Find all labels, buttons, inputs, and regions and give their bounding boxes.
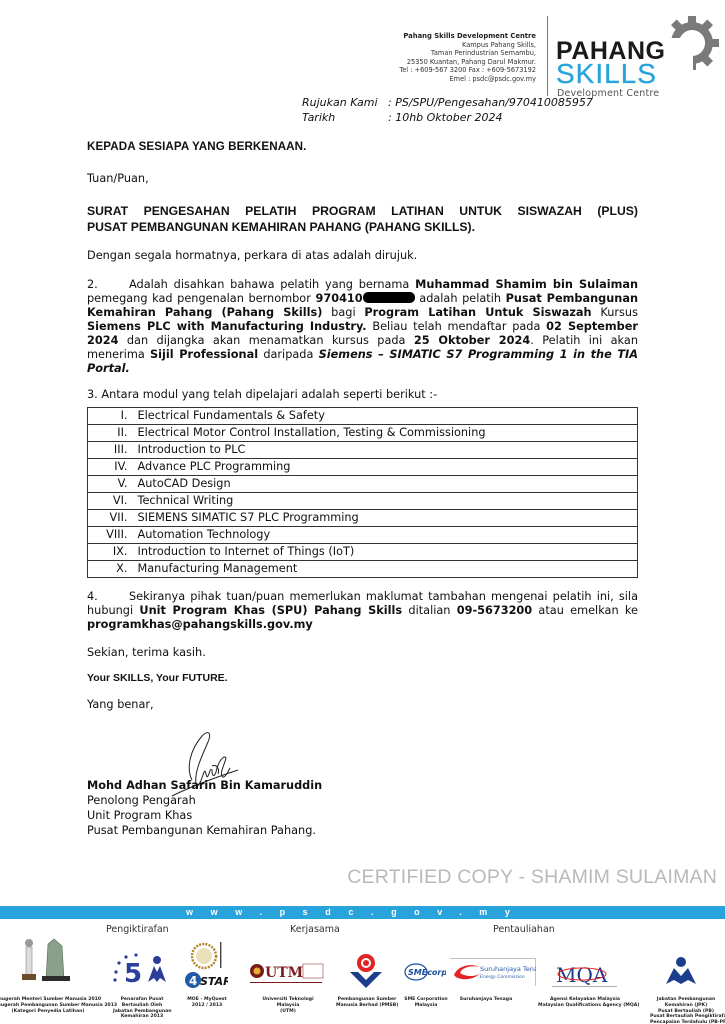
letter-body: KEPADA SESIAPA YANG BERKENAAN. Tuan/Puan… [87,140,638,712]
contact-email[interactable]: programkhas@pahangskills.gov.my [87,618,313,631]
course-name: Siemens PLC with Manufacturing Industry. [87,320,367,333]
address-line: 25350 Kuantan, Pahang Darul Makmur. [399,58,536,67]
ic-number: 970410 [315,292,362,305]
reference-value: : PS/SPU/Pengesahan/970410085957 [388,95,593,110]
mqa-logo-icon: MQA [552,960,618,988]
module-row: VII.SIEMENS SIMATIC S7 PLC Programming [88,510,638,527]
module-name: Electrical Fundamentals & Safety [132,408,638,425]
logo-word-skills: SKILLS [556,60,657,88]
module-name: Manufacturing Management [132,561,638,578]
email-line: Emel : psdc@psdc.gov.my [399,75,536,84]
caption-trophy: Anugerah Menteri Sumber Manusia 2010Anug… [0,997,102,1014]
org-address-block: Pahang Skills Development Centre Kampus … [399,32,536,84]
module-row: X.Manufacturing Management [88,561,638,578]
module-row: II.Electrical Motor Control Installation… [88,425,638,442]
trophy-icon [18,938,72,983]
header-divider [547,16,548,96]
module-name: Automation Technology [132,527,638,544]
trainee-name: Muhammad Shamim bin Sulaiman [415,278,638,291]
reference-block: Rujukan Kami : PS/SPU/Pengesahan/9704100… [302,95,593,125]
module-name: AutoCAD Design [132,476,638,493]
address-line: Kampus Pahang Skills, [399,41,536,50]
signer-name: Mohd Adhan Safarin Bin Kamaruddin [87,778,322,793]
paragraph-2: 2.Adalah disahkan bahawa pelatih yang be… [87,278,638,376]
module-number: III. [88,442,132,459]
signer-unit: Unit Program Khas [87,808,322,823]
addressee: KEPADA SESIAPA YANG BERKENAAN. [87,140,638,154]
end-date: 25 Oktober 2024 [414,334,530,347]
svg-text:SMEcorp: SMEcorp [408,968,446,977]
module-name: Advance PLC Programming [132,459,638,476]
address-line: Taman Perindustrian Semambu, [399,49,536,58]
signer-org: Pusat Pembangunan Kemahiran Pahang. [87,823,322,838]
module-number: IX. [88,544,132,561]
contact-phone: 09-5673200 [457,604,532,617]
module-number: V. [88,476,132,493]
pahang-skills-logo: PAHANG SKILLS Development Centre [553,14,723,96]
caption-st: Suruhanjaya Tenaga [458,997,514,1003]
pembangunan-sumber-manusia-logo-icon [348,952,384,990]
suruhanjaya-tenaga-logo-icon: Suruhanjaya Tenaga Energy Commission [450,957,536,987]
letter-title: SURAT PENGESAHAN PELATIH PROGRAM LATIHAN… [87,203,638,235]
org-name: Pahang Skills Development Centre [399,32,536,41]
opening-paragraph: Dengan segala hormatnya, perkara di atas… [87,249,638,263]
caption-5m: Penarafan PusatBertauliah OlehJabatan Pe… [113,997,171,1020]
module-name: Introduction to PLC [132,442,638,459]
svg-text:5: 5 [124,959,142,986]
module-row: IX.Introduction to Internet of Things (I… [88,544,638,561]
valediction: Yang benar, [87,698,638,712]
smecorp-logo-icon: SMEcorp [404,962,446,982]
svg-text:UTM: UTM [265,965,303,981]
caption-mqa: Agensi Kelayakan MalaysiaMalaysian Quali… [538,997,632,1009]
paragraph-3: 3. Antara modul yang telah dipelajari ad… [87,388,638,402]
motto: Your SKILLS, Your FUTURE. [87,671,638,685]
module-name: Electrical Motor Control Installation, T… [132,425,638,442]
caption-myquest: MOE - MyQuest2012 / 2013 [184,997,230,1009]
unit-name: Unit Program Khas (SPU) Pahang Skills [139,604,402,617]
module-number: IV. [88,459,132,476]
category-accreditation: Pentauliahan [493,924,555,935]
module-number: VIII. [88,527,132,544]
utm-logo-icon: UTM [248,962,324,984]
module-row: VI.Technical Writing [88,493,638,510]
redaction-mark [363,292,415,303]
module-row: III.Introduction to PLC [88,442,638,459]
module-number: X. [88,561,132,578]
module-row: IV.Advance PLC Programming [88,459,638,476]
svg-text:4: 4 [189,974,197,988]
reference-label: Rujukan Kami [302,95,388,110]
signer-block: Mohd Adhan Safarin Bin Kamaruddin Penolo… [87,778,322,838]
certificate: Sijil Professional [150,348,258,361]
footer-url-band: www.psdc.gov.my [0,906,725,919]
module-name: SIEMENS SIMATIC S7 PLC Programming [132,510,638,527]
paragraph-4: 4.Sekiranya pihak tuan/puan memerlukan m… [87,590,638,632]
caption-utm: Universiti TeknologiMalaysia(UTM) [258,997,318,1014]
svg-text:Suruhanjaya Tenaga: Suruhanjaya Tenaga [480,965,536,973]
svg-text:Energy Commission: Energy Commission [480,974,525,980]
svg-text:MQA: MQA [556,963,608,987]
date-value: : 10hb Oktober 2024 [388,110,503,125]
caption-pmsb: Pembangunan SumberManusia Berhad (PMSB) [336,997,398,1009]
jpk-logo-icon [664,956,698,986]
website-link[interactable]: www.psdc.gov.my [186,906,528,919]
mqa-4star-icon: 4 STAR [184,940,228,992]
title-line-2: PUSAT PEMBANGUNAN KEMAHIRAN PAHANG (PAHA… [87,220,475,234]
module-row: VIII.Automation Technology [88,527,638,544]
gear-icon [665,16,719,70]
date-label: Tarikh [302,110,388,125]
module-row: V.AutoCAD Design [88,476,638,493]
salutation: Tuan/Puan, [87,172,638,186]
category-recognition: Pengiktirafan [106,924,169,935]
module-number: VI. [88,493,132,510]
5m-logo-icon: 5 [110,952,170,986]
closing: Sekian, terima kasih. [87,646,638,660]
signer-position: Penolong Pengarah [87,793,322,808]
caption-sme: SME CorporationMalaysia [404,997,448,1009]
category-collaboration: Kerjasama [290,924,340,935]
module-number: II. [88,425,132,442]
module-name: Introduction to Internet of Things (IoT) [132,544,638,561]
module-number: VII. [88,510,132,527]
module-row: I.Electrical Fundamentals & Safety [88,408,638,425]
phone-fax-line: Tel : +609-567 3200 Fax : +609-5673192 [399,66,536,75]
caption-jpk: Jabatan PembangunanKemahiran (JPK)Pusat … [650,997,722,1024]
module-number: I. [88,408,132,425]
certified-copy-watermark: CERTIFIED COPY - SHAMIM SULAIMAN [347,866,717,889]
title-line-1: SURAT PENGESAHAN PELATIH PROGRAM LATIHAN… [87,203,638,219]
module-name: Technical Writing [132,493,638,510]
svg-text:STAR: STAR [200,975,228,988]
modules-table: I.Electrical Fundamentals & SafetyII.Ele… [87,407,638,578]
